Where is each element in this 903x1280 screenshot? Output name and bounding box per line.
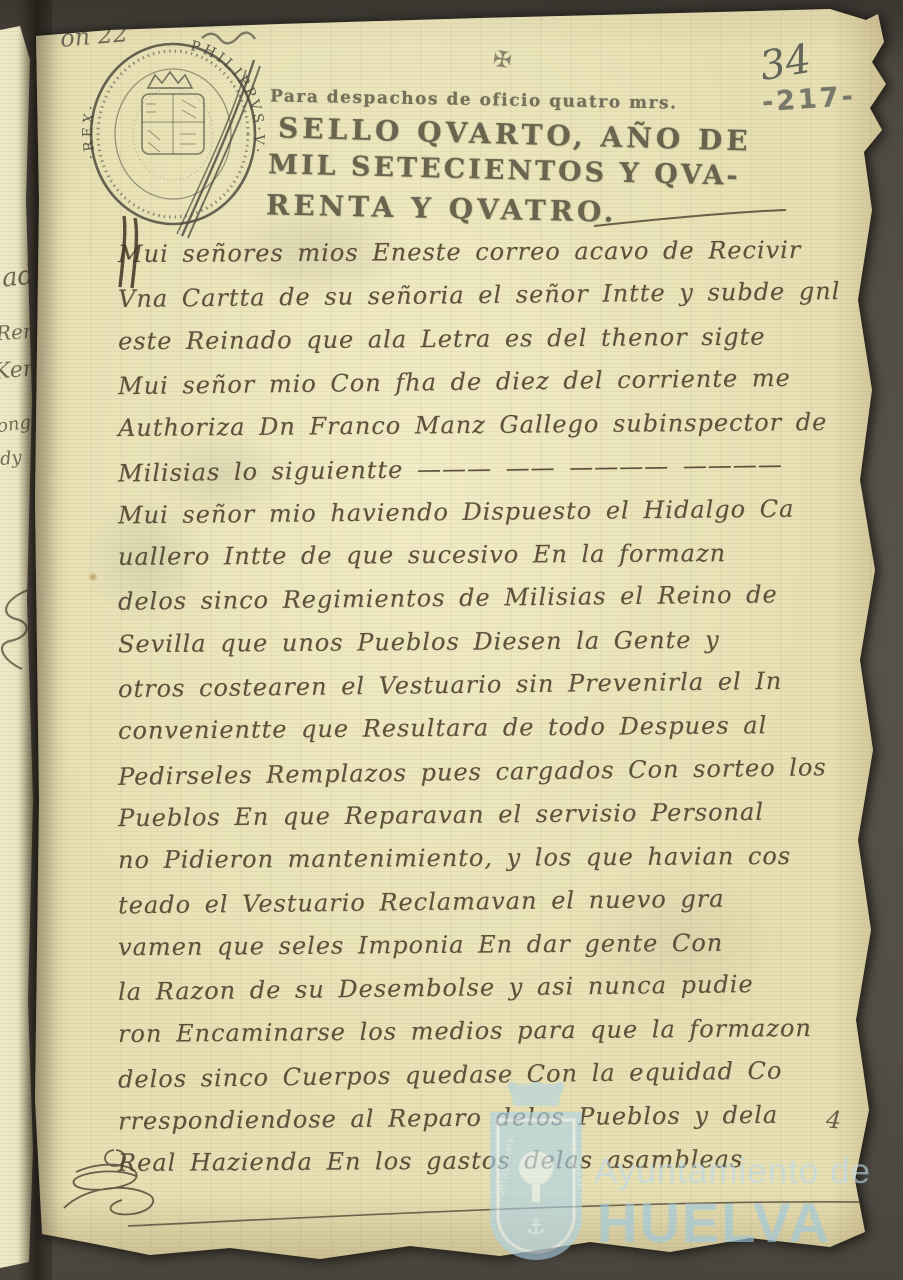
margin-annotation: on 22 — [59, 19, 129, 53]
margin-mark: 4 — [825, 1106, 842, 1135]
manuscript-line: Mui señores mios Eneste correo acavo de … — [118, 236, 801, 268]
archival-photo: adRenKenongdy ·REX· PHILIPPVS·V· — [0, 0, 903, 1280]
stamp-header-line: MIL SETECIENTOS Y QVA- — [268, 149, 741, 192]
stamp-header-line: RENTA Y QVATRO. — [266, 188, 618, 228]
folio-number-pencil: -217- — [761, 81, 857, 118]
manuscript-line: Mui señor mio haviendo Dispuesto el Hida… — [118, 494, 795, 529]
printed-cross-ornament: ✠ — [491, 47, 513, 74]
manuscript-line: delos sinco Regimientos de Milisias el R… — [118, 581, 778, 616]
closing-rule-line — [122, 1188, 872, 1232]
manuscript-line: otros costearen el Vestuario sin Preveni… — [118, 667, 783, 703]
ink-scribble — [202, 33, 255, 44]
manuscript-line: convenientte que Resultara de todo Despu… — [118, 712, 767, 746]
manuscript-line: Sevilla que unos Pueblos Diesen la Gente… — [118, 625, 720, 657]
pen-cancel-stroke — [590, 200, 790, 230]
manuscript-line: rrespondiendose al Reparo delos Pueblos … — [118, 1101, 778, 1135]
manuscript-line: Pedirseles Remplazos pues cargados Con s… — [118, 753, 827, 791]
svg-text:·REX·: ·REX· — [80, 101, 100, 161]
folio-number-ink: 34 — [756, 36, 814, 90]
manuscript-line: Real Hazienda En los gastos delas asambl… — [118, 1145, 743, 1177]
manuscript-page: ·REX· PHILIPPVS·V· on 22 ✠ Para despacho… — [30, 0, 890, 1268]
manuscript-line: Mui señor mio Con fha de diez del corrie… — [118, 364, 791, 400]
printed-tax-line: Para despachos de oficio quatro mrs. — [270, 86, 678, 113]
royal-seal-stamp: ·REX· PHILIPPVS·V· — [82, 30, 268, 240]
manuscript-line: no Pidieron mantenimiento, y los que hav… — [118, 842, 791, 874]
svg-text:PHILIPPVS·V·: PHILIPPVS·V· — [189, 38, 267, 157]
manuscript-line: vamen que seles Imponia En dar gente Con — [118, 929, 723, 961]
manuscript-line: delos sinco Cuerpos quedase Con la equid… — [118, 1056, 783, 1093]
manuscript-line: Vna Cartta de su señoria el señor Intte … — [118, 277, 841, 313]
manuscript-line: Milisias lo siguientte ——— —— ———— ———— — [118, 450, 783, 487]
manuscript-line: ron Encaminarse los medios para que la f… — [118, 1014, 812, 1048]
rust-spot — [88, 572, 98, 582]
manuscript-line: teado el Vestuario Reclamavan el nuevo g… — [118, 884, 725, 919]
initial-letter-flourish — [110, 212, 160, 292]
manuscript-line: uallero Intte de que sucesivo En la form… — [118, 539, 726, 571]
manuscript-line: Pueblos En que Reparavan el servisio Per… — [118, 798, 764, 832]
manuscript-line: este Reinado que ala Letra es del thenor… — [118, 322, 766, 355]
manuscript-line: Authoriza Dn Franco Manz Gallego subinsp… — [118, 408, 827, 442]
seal-crown — [148, 72, 192, 88]
manuscript-line: la Razon de su Desembolse y asi nunca pu… — [118, 970, 754, 1006]
